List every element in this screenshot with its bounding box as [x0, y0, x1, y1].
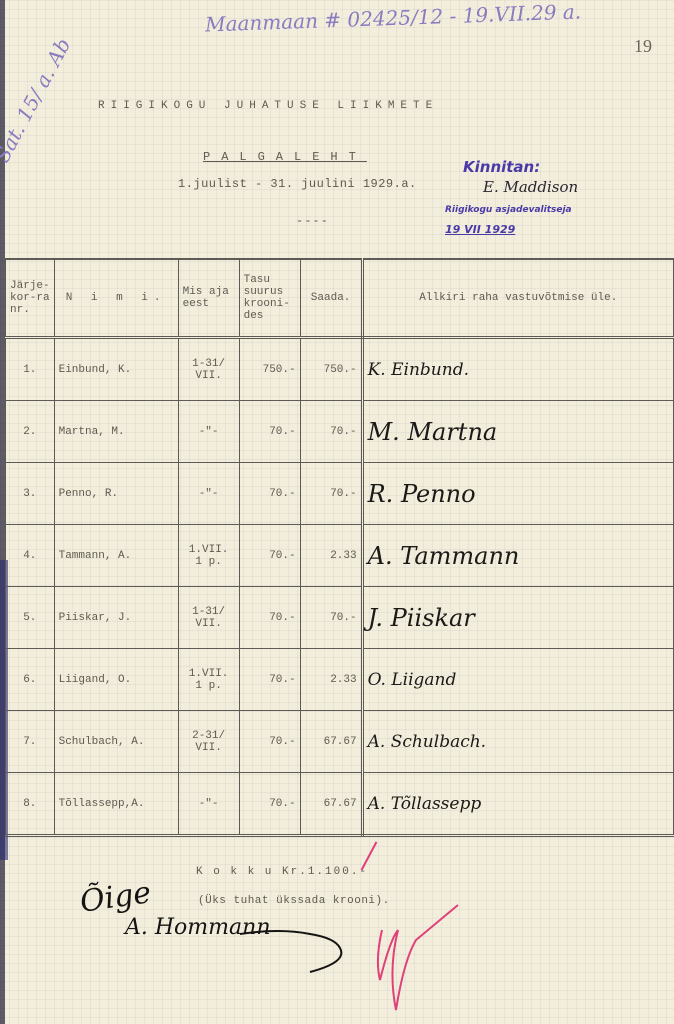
- row-nr: 2.: [6, 401, 55, 463]
- stamp-date: 19 VII 1929: [445, 223, 515, 236]
- row-received: 2.33: [300, 649, 362, 711]
- table-row: 3. Penno, R. -"- 70.- 70.- R. Penno: [6, 463, 674, 525]
- row-pay: 70.-: [239, 401, 300, 463]
- row-pay: 750.-: [239, 338, 300, 401]
- row-pay: 70.-: [239, 587, 300, 649]
- row-signature: A. Schulbach.: [362, 711, 673, 773]
- table-row: 4. Tammann, A. 1.VII. 1 p. 70.- 2.33 A. …: [6, 525, 674, 587]
- row-signature: R. Penno: [362, 463, 673, 525]
- row-nr: 4.: [6, 525, 55, 587]
- row-nr: 3.: [6, 463, 55, 525]
- total-amount: K o k k u Kr.1.100.-: [196, 866, 368, 878]
- total-in-words: (Üks tuhat ükssada krooni).: [198, 895, 390, 907]
- row-signature: J. Piiskar: [362, 587, 673, 649]
- row-signature: O. Liigand: [362, 649, 673, 711]
- row-period: -"-: [178, 773, 239, 836]
- row-pay: 70.-: [239, 773, 300, 836]
- row-name: Martna, M.: [54, 401, 178, 463]
- row-name: Liigand, O.: [54, 649, 178, 711]
- page-number: 19: [634, 36, 652, 57]
- document-title: PALGALEHT: [203, 150, 367, 164]
- row-signature: M. Martna: [362, 401, 673, 463]
- row-name: Schulbach, A.: [54, 711, 178, 773]
- red-initials: [370, 900, 460, 1020]
- stamp-office: Riigikogu asjadevalitseja: [445, 205, 572, 215]
- row-nr: 7.: [6, 711, 55, 773]
- row-period: 1-31/ VII.: [178, 587, 239, 649]
- table-row: 8. Tõllassepp,A. -"- 70.- 67.67 A. Tõlla…: [6, 773, 674, 836]
- stamp-signature: E. Maddison: [483, 178, 578, 196]
- row-pay: 70.-: [239, 649, 300, 711]
- table-row: 2. Martna, M. -"- 70.- 70.- M. Martna: [6, 401, 674, 463]
- row-received: 2.33: [300, 525, 362, 587]
- row-period: -"-: [178, 401, 239, 463]
- col-header-name: N i m i.: [54, 259, 178, 338]
- row-received: 750.-: [300, 338, 362, 401]
- row-period: 1.VII. 1 p.: [178, 649, 239, 711]
- row-period: 2-31/ VII.: [178, 711, 239, 773]
- institution-heading: RIIGIKOGU JUHATUSE LIIKMETE: [98, 100, 438, 112]
- row-name: Tammann, A.: [54, 525, 178, 587]
- row-nr: 6.: [6, 649, 55, 711]
- table-row: 7. Schulbach, A. 2-31/ VII. 70.- 67.67 A…: [6, 711, 674, 773]
- row-name: Einbund, K.: [54, 338, 178, 401]
- table-row: 6. Liigand, O. 1.VII. 1 p. 70.- 2.33 O. …: [6, 649, 674, 711]
- table-row: 1. Einbund, K. 1-31/ VII. 750.- 750.- K.…: [6, 338, 674, 401]
- col-header-received: Saada.: [300, 259, 362, 338]
- signature-flourish: [240, 920, 360, 980]
- row-signature: A. Tammann: [362, 525, 673, 587]
- row-nr: 5.: [6, 587, 55, 649]
- stamp-approve-label: Kinnitan:: [463, 158, 540, 176]
- col-header-period: Mis aja eest: [178, 259, 239, 338]
- row-period: -"-: [178, 463, 239, 525]
- row-nr: 8.: [6, 773, 55, 836]
- header-separator: ----: [296, 214, 329, 228]
- row-name: Tõllassepp,A.: [54, 773, 178, 836]
- period-line: 1.juulist - 31. juulini 1929.a.: [178, 177, 417, 191]
- row-received: 67.67: [300, 711, 362, 773]
- payroll-table: Järje-kor-ra nr. N i m i. Mis aja eest T…: [5, 258, 674, 837]
- row-received: 70.-: [300, 401, 362, 463]
- row-signature: K. Einbund.: [362, 338, 673, 401]
- table-header-row: Järje-kor-ra nr. N i m i. Mis aja eest T…: [6, 259, 674, 338]
- row-period: 1-31/ VII.: [178, 338, 239, 401]
- row-period: 1.VII. 1 p.: [178, 525, 239, 587]
- row-signature: A. Tõllassepp: [362, 773, 673, 836]
- col-header-nr: Järje-kor-ra nr.: [6, 259, 55, 338]
- row-pay: 70.-: [239, 463, 300, 525]
- row-received: 70.-: [300, 587, 362, 649]
- table-row: 5. Piiskar, J. 1-31/ VII. 70.- 70.- J. P…: [6, 587, 674, 649]
- col-header-signature: Allkiri raha vastuvõtmise üle.: [362, 259, 673, 338]
- row-received: 70.-: [300, 463, 362, 525]
- row-name: Penno, R.: [54, 463, 178, 525]
- row-received: 67.67: [300, 773, 362, 836]
- row-pay: 70.-: [239, 525, 300, 587]
- row-nr: 1.: [6, 338, 55, 401]
- col-header-pay: Tasu suurus krooni-des: [239, 259, 300, 338]
- row-pay: 70.-: [239, 711, 300, 773]
- row-name: Piiskar, J.: [54, 587, 178, 649]
